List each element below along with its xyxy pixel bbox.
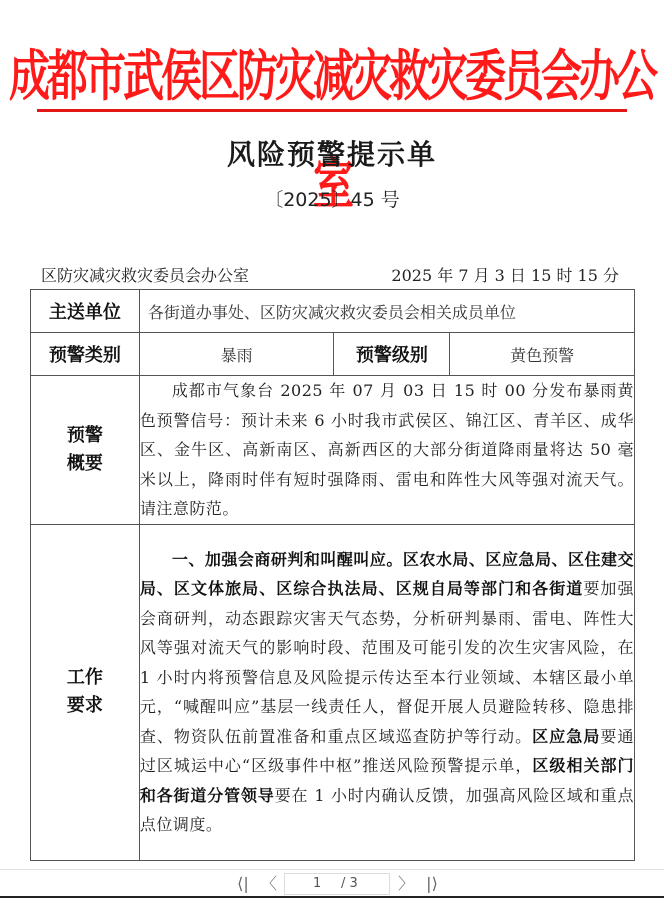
summary-text: 成都市气象台 2025 年 07 月 03 日 15 时 00 分发布暴雨黄色预… xyxy=(139,376,634,525)
requirements-text-part: 要加强会商研判，动态跟踪灾害天气态势，分析研判暴雨、雷电、阵性大风等强对流天气的… xyxy=(140,579,634,746)
next-page-icon[interactable]: 〉 xyxy=(397,874,415,894)
requirements-label-line1: 工作 xyxy=(31,664,139,692)
summary-label-line1: 预警 xyxy=(31,422,139,450)
first-page-icon[interactable]: ⟨| xyxy=(234,874,252,894)
document-number: 〔2025〕45 号 xyxy=(0,185,664,212)
warning-level-label: 预警级别 xyxy=(334,333,450,376)
warning-level-value: 黄色预警 xyxy=(450,333,635,376)
warning-type-value: 暴雨 xyxy=(139,333,334,376)
page-navigation-bar: ⟨| 〈 1 / 3 〉 |⟩ xyxy=(0,869,664,898)
requirements-row: 工作 要求 一、加强会商研判和叫醒叫应。区农水局、区应急局、区住建交局、区文体旅… xyxy=(31,524,635,860)
recipients-value: 各街道办事处、区防灾减灾救灾委员会相关成员单位 xyxy=(139,290,634,333)
warning-type-row: 预警类别 暴雨 预警级别 黄色预警 xyxy=(31,333,635,376)
summary-row: 预警 概要 成都市气象台 2025 年 07 月 03 日 15 时 00 分发… xyxy=(31,376,635,525)
issuer: 区防灾减灾救灾委员会办公室 xyxy=(41,263,249,286)
requirements-label: 工作 要求 xyxy=(31,524,140,860)
last-page-icon[interactable]: |⟩ xyxy=(423,874,441,894)
requirements-text: 一、加强会商研判和叫醒叫应。区农水局、区应急局、区住建交局、区文体旅局、区综合执… xyxy=(139,524,634,860)
summary-label: 预警 概要 xyxy=(31,376,140,525)
current-page: 1 xyxy=(313,876,321,891)
page-number-input[interactable]: 1 / 3 xyxy=(284,873,390,895)
recipients-label: 主送单位 xyxy=(31,290,140,333)
document-title: 风险预警提示单 xyxy=(0,133,664,173)
warning-sheet-table: 主送单位 各街道办事处、区防灾减灾救灾委员会相关成员单位 预警类别 暴雨 预警级… xyxy=(30,289,635,861)
total-pages: / 3 xyxy=(341,876,358,891)
red-divider-rule xyxy=(37,109,627,112)
requirements-label-line2: 要求 xyxy=(31,692,139,720)
prev-page-icon[interactable]: 〈 xyxy=(260,874,278,894)
requirements-heading-bold: 一、加强会商研判和叫醒叫应。区农水局、区应急局、区住建交局、区文体旅局、区综合执… xyxy=(140,550,634,599)
recipients-row: 主送单位 各街道办事处、区防灾减灾救灾委员会相关成员单位 xyxy=(31,290,635,333)
requirements-bold-emergency-bureau: 区应急局 xyxy=(532,727,600,746)
issue-time: 2025 年 7 月 3 日 15 时 15 分 xyxy=(391,263,619,286)
warning-type-label: 预警类别 xyxy=(31,333,140,376)
summary-label-line2: 概要 xyxy=(31,450,139,478)
